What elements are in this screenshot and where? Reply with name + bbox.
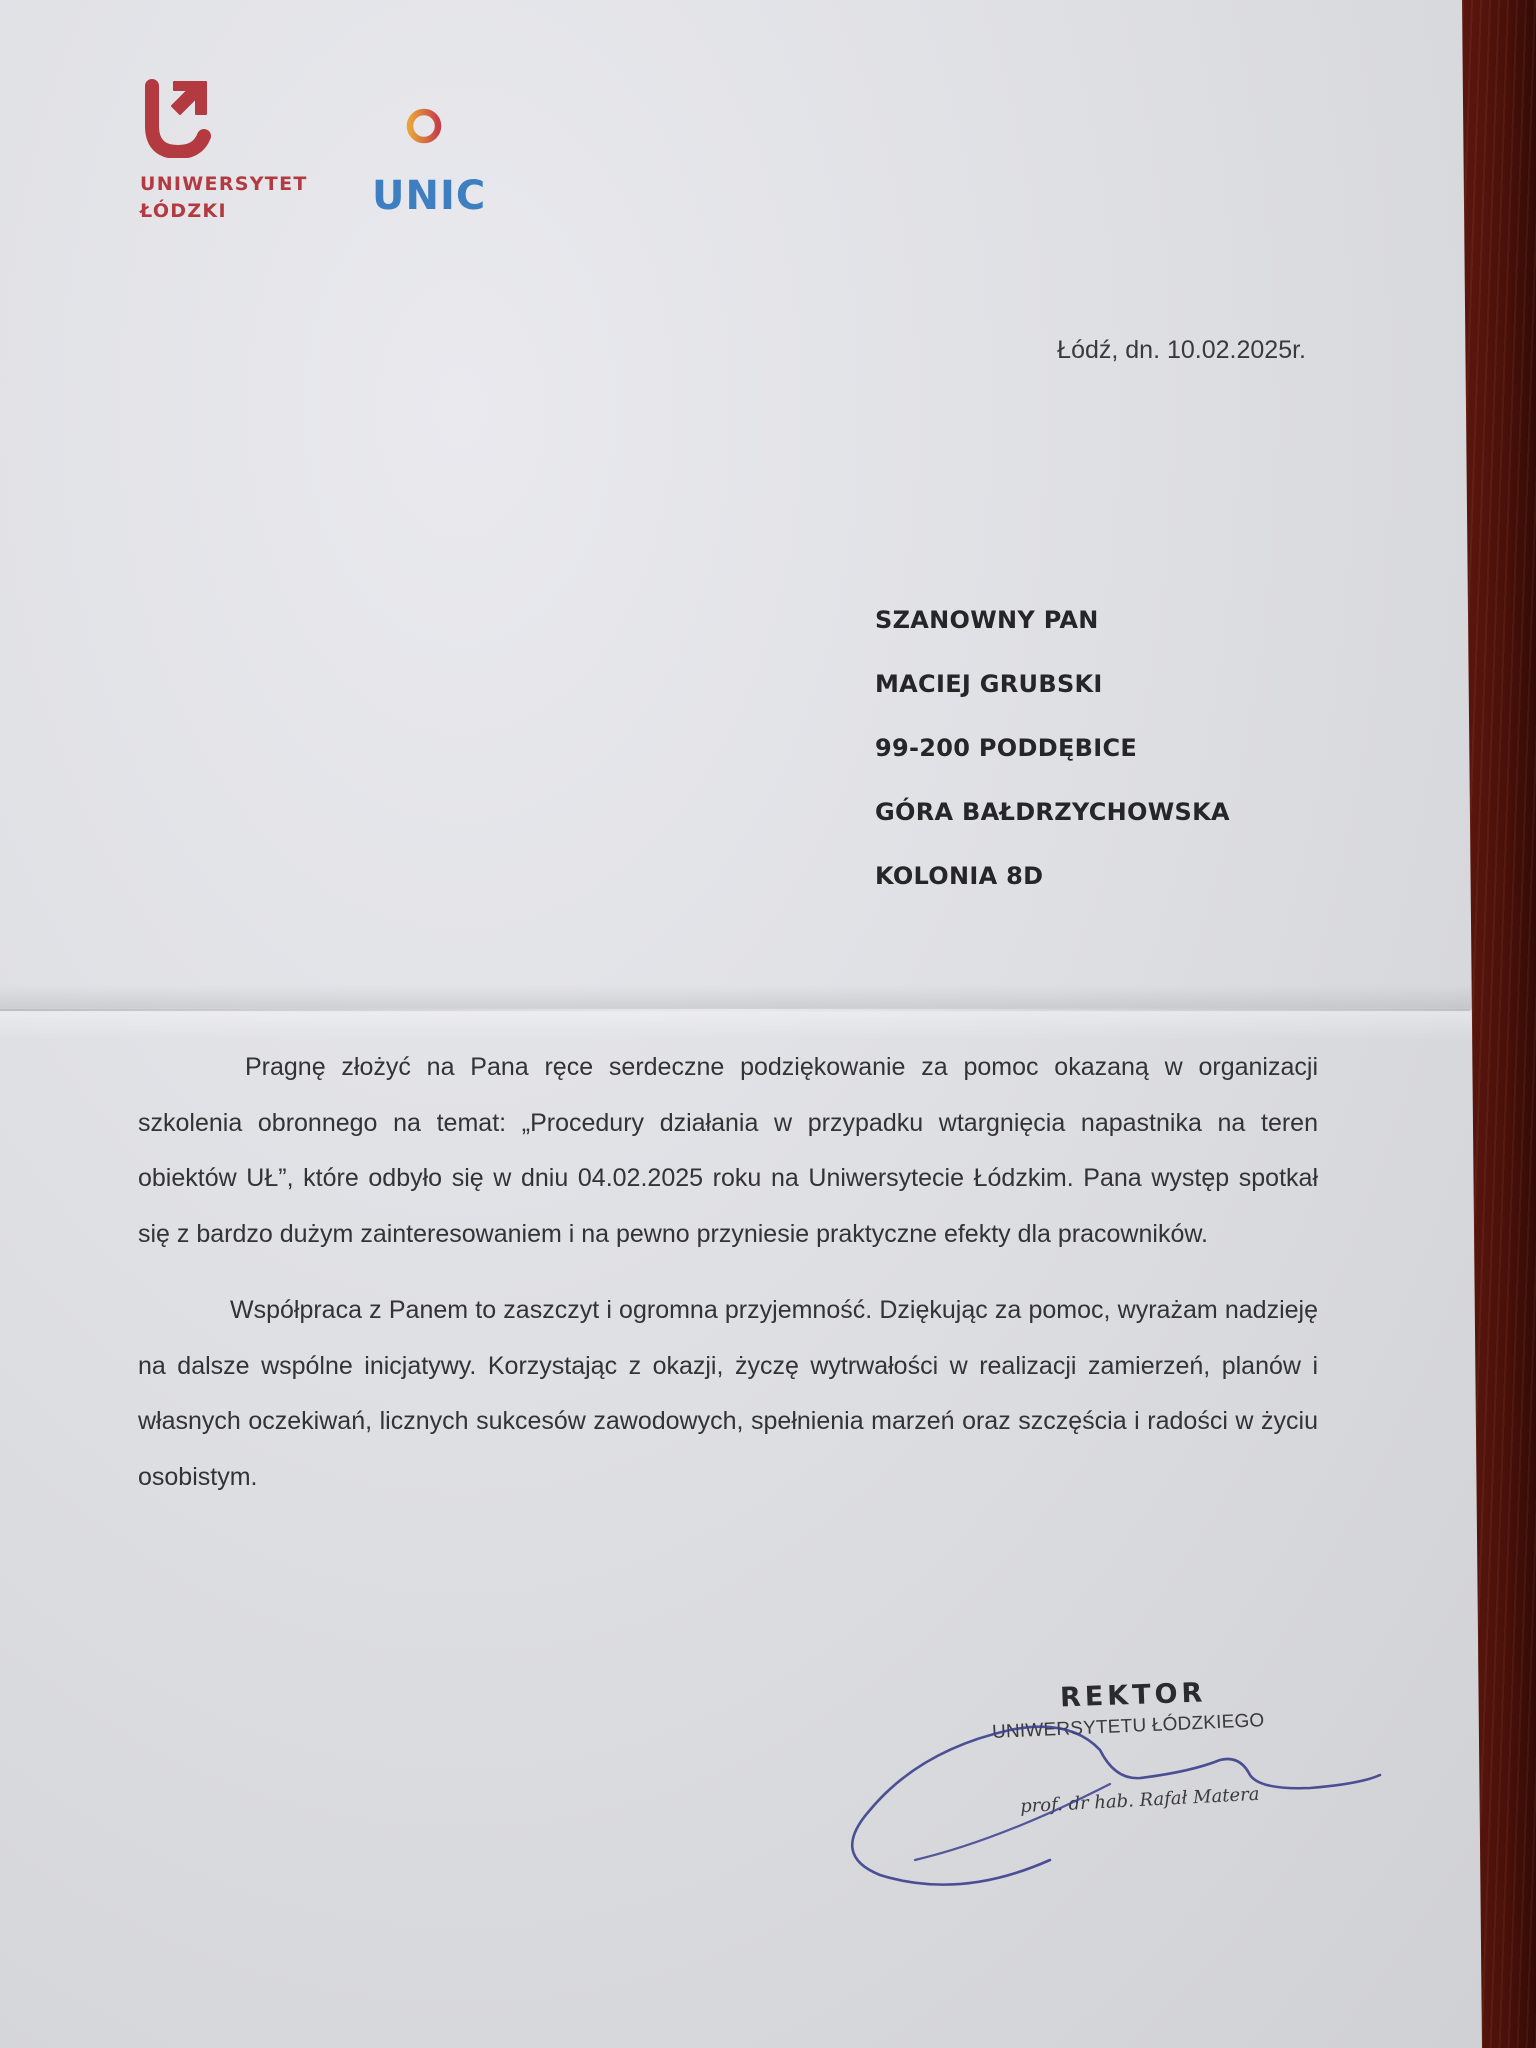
paper-fold-line	[0, 1009, 1470, 1011]
ul-arrow-mark-icon	[140, 76, 212, 158]
letter-date: Łódź, dn. 10.02.2025r.	[1057, 336, 1306, 365]
university-name-line-2: ŁÓDZKI	[140, 198, 308, 225]
body-paragraph-wishes: Współpraca z Panem to zaszczyt i ogromna…	[138, 1283, 1318, 1505]
recipient-street: KOLONIA 8D	[875, 856, 1230, 920]
unic-sun-icon	[372, 74, 476, 178]
recipient-locality: GÓRA BAŁDRZYCHOWSKA	[875, 792, 1230, 856]
letter-paper: UNIWERSYTET ŁÓDZKI	[0, 0, 1536, 2048]
signature-block: REKTOR UNIWERSYTETU ŁÓDZKIEGO prof. dr h…	[840, 1680, 1400, 1880]
unic-wordmark: UNIC	[372, 176, 478, 216]
recipient-postal-city: 99-200 PODDĘBICE	[875, 728, 1230, 792]
university-logo: UNIWERSYTET ŁÓDZKI	[140, 76, 308, 225]
recipient-address: SZANOWNY PAN MACIEJ GRUBSKI 99-200 PODDĘ…	[875, 600, 1230, 920]
university-name-line-1: UNIWERSYTET	[140, 171, 308, 198]
recipient-salutation: SZANOWNY PAN	[875, 600, 1230, 664]
body-paragraph-thanks: Pragnę złożyć na Pana ręce serdeczne pod…	[138, 1040, 1318, 1262]
recipient-name: MACIEJ GRUBSKI	[875, 664, 1230, 728]
letter-body: Pragnę złożyć na Pana ręce serdeczne pod…	[138, 1040, 1318, 1505]
handwritten-signature-icon	[840, 1680, 1400, 1890]
unic-logo: UNIC	[372, 74, 478, 216]
